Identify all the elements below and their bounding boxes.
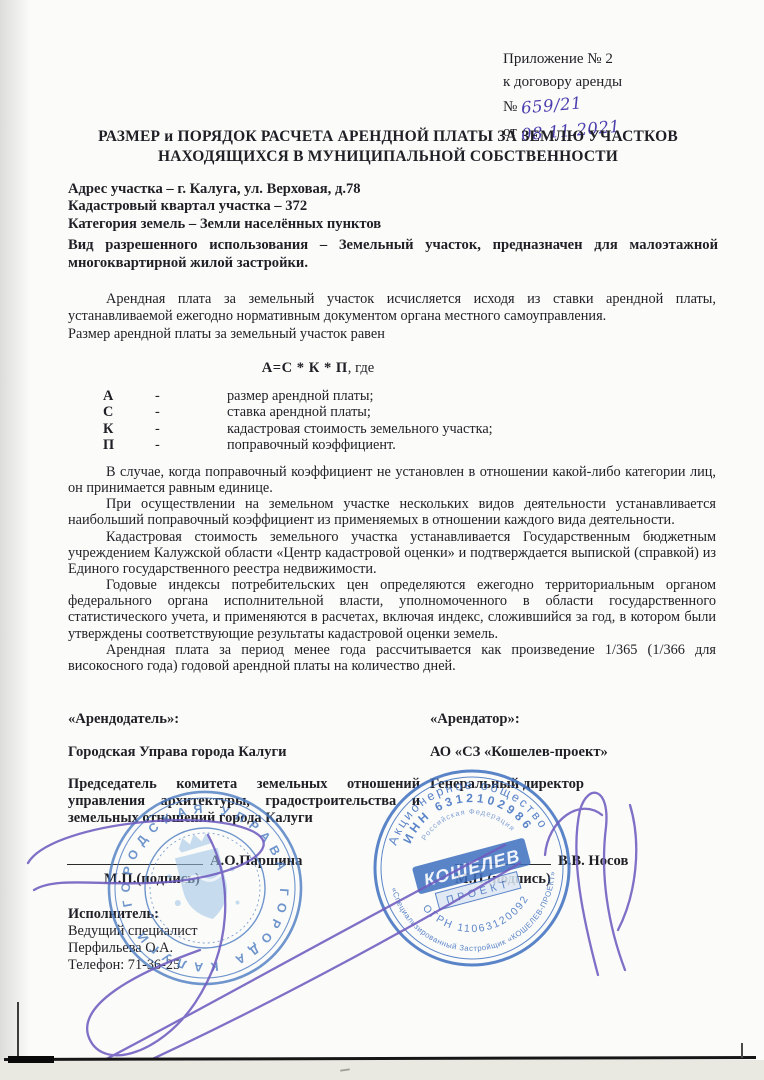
intro-section: Арендная плата за земельный участок исчи… xyxy=(68,291,716,343)
formula-definitions: А - размер арендной платы; С - ставка ар… xyxy=(103,388,493,454)
executor-name: Перфильева О.А. xyxy=(68,940,198,957)
scan-artifact-right-tick xyxy=(741,1043,743,1058)
definition-symbol: К xyxy=(103,421,155,437)
formula-expression: А=С * К * П xyxy=(262,360,348,376)
koshelev-ring-ogrn-text: ОГРН 11063120092 xyxy=(419,892,535,941)
definition-meaning: поправочный коэффициент. xyxy=(227,437,493,453)
body-paragraph: В случае, когда поправочный коэффициент … xyxy=(68,464,716,496)
tenant-signature-row: В.В. Носов xyxy=(455,850,628,870)
definition-row: К - кадастровая стоимость земельного уча… xyxy=(103,421,493,437)
intro-paragraph: Арендная плата за земельный участок исчи… xyxy=(68,291,716,326)
landlord-role-label: «Арендодатель»: xyxy=(68,711,179,728)
tenant-position: Генеральный директор xyxy=(430,776,584,793)
permitted-use: Вид разрешенного использования – Земельн… xyxy=(68,237,718,272)
landlord-signatory-name: А.О.Паршина xyxy=(210,853,302,869)
scan-area-below-page xyxy=(0,1060,764,1080)
appendix-number-line: Приложение № 2 xyxy=(503,48,622,71)
document-title: РАЗМЕР и ПОРЯДОК РАСЧЕТА АРЕНДНОЙ ПЛАТЫ … xyxy=(60,127,716,166)
title-line-2: НАХОДЯЩИХСЯ В МУНИЦИПАЛЬНОЙ СОБСТВЕННОСТ… xyxy=(60,147,716,167)
body-paragraph: Годовые индексы потребительских цен опре… xyxy=(68,577,716,642)
definition-symbol: С xyxy=(103,404,155,420)
plot-address: Адрес участка – г. Калуга, ул. Верховая,… xyxy=(68,181,718,198)
tenant-seal-note: М.П.(подпись) xyxy=(455,871,551,888)
definition-meaning: ставка арендной платы; xyxy=(227,404,493,420)
landlord-seal-note: М.П.(подпись) xyxy=(104,871,200,888)
landlord-position: Председатель комитета земельных отношени… xyxy=(68,776,420,826)
title-line-1: РАЗМЕР и ПОРЯДОК РАСЧЕТА АРЕНДНОЙ ПЛАТЫ … xyxy=(60,127,716,147)
definition-row: С - ставка арендной платы; xyxy=(103,404,493,420)
definition-dash: - xyxy=(155,388,227,404)
definition-dash: - xyxy=(155,437,227,453)
scanned-lease-appendix-page: Приложение № 2 к договору аренды № 659/2… xyxy=(0,0,764,1080)
tenant-signature-ink xyxy=(545,793,636,975)
definition-symbol: П xyxy=(103,437,155,453)
body-paragraph: Кадастровая стоимость земельного участка… xyxy=(68,529,716,577)
executor-block: Исполнитель: Ведущий специалист Перфилье… xyxy=(68,906,198,974)
definition-symbol: А xyxy=(103,388,155,404)
landlord-signature-line xyxy=(67,850,203,865)
land-category: Категория земель – Земли населённых пунк… xyxy=(68,216,718,233)
landlord-organization: Городская Управа города Калуги xyxy=(68,744,287,761)
tenant-signatory-name: В.В. Носов xyxy=(558,853,628,869)
body-paragraph: При осуществлении на земельном участке н… xyxy=(68,496,716,528)
intro-paragraph-2: Размер арендной платы за земельный участ… xyxy=(68,326,716,343)
scan-artifact-blob xyxy=(8,1056,54,1063)
rent-formula: А=С * К * П, где xyxy=(68,360,568,377)
definition-meaning: кадастровая стоимость земельного участка… xyxy=(227,421,493,437)
tenant-organization: АО «СЗ «Кошелев-проект» xyxy=(430,744,608,761)
executor-position: Ведущий специалист xyxy=(68,923,198,940)
executor-label: Исполнитель: xyxy=(68,906,198,923)
body-paragraph: Арендная плата за период менее года расс… xyxy=(68,642,716,674)
definition-row: П - поправочный коэффициент. xyxy=(103,437,493,453)
definition-dash: - xyxy=(155,421,227,437)
landlord-signature-row: А.О.Паршина xyxy=(67,850,302,870)
number-label: № xyxy=(503,99,517,115)
handwritten-contract-number: 659/21 xyxy=(520,91,583,119)
plot-details: Адрес участка – г. Калуга, ул. Верховая,… xyxy=(68,181,718,272)
contract-reference-line: к договору аренды xyxy=(503,71,622,94)
scan-left-edge-shade xyxy=(0,0,30,1060)
tenant-signature-line xyxy=(455,850,551,865)
tenant-role-label: «Арендатор»: xyxy=(430,711,520,728)
definition-meaning: размер арендной платы; xyxy=(227,388,493,404)
cadastral-quarter: Кадастровый квартал участка – 372 xyxy=(68,198,718,215)
definition-dash: - xyxy=(155,404,227,420)
definition-row: А - размер арендной платы; xyxy=(103,388,493,404)
executor-phone: Телефон: 71-36-25 xyxy=(68,957,198,974)
scan-artifact-vertical-line xyxy=(17,1002,19,1059)
formula-suffix: , где xyxy=(348,360,374,376)
koshelev-ring-small-text: Российская Федерация xyxy=(417,802,518,843)
body-section: В случае, когда поправочный коэффициент … xyxy=(68,464,716,674)
